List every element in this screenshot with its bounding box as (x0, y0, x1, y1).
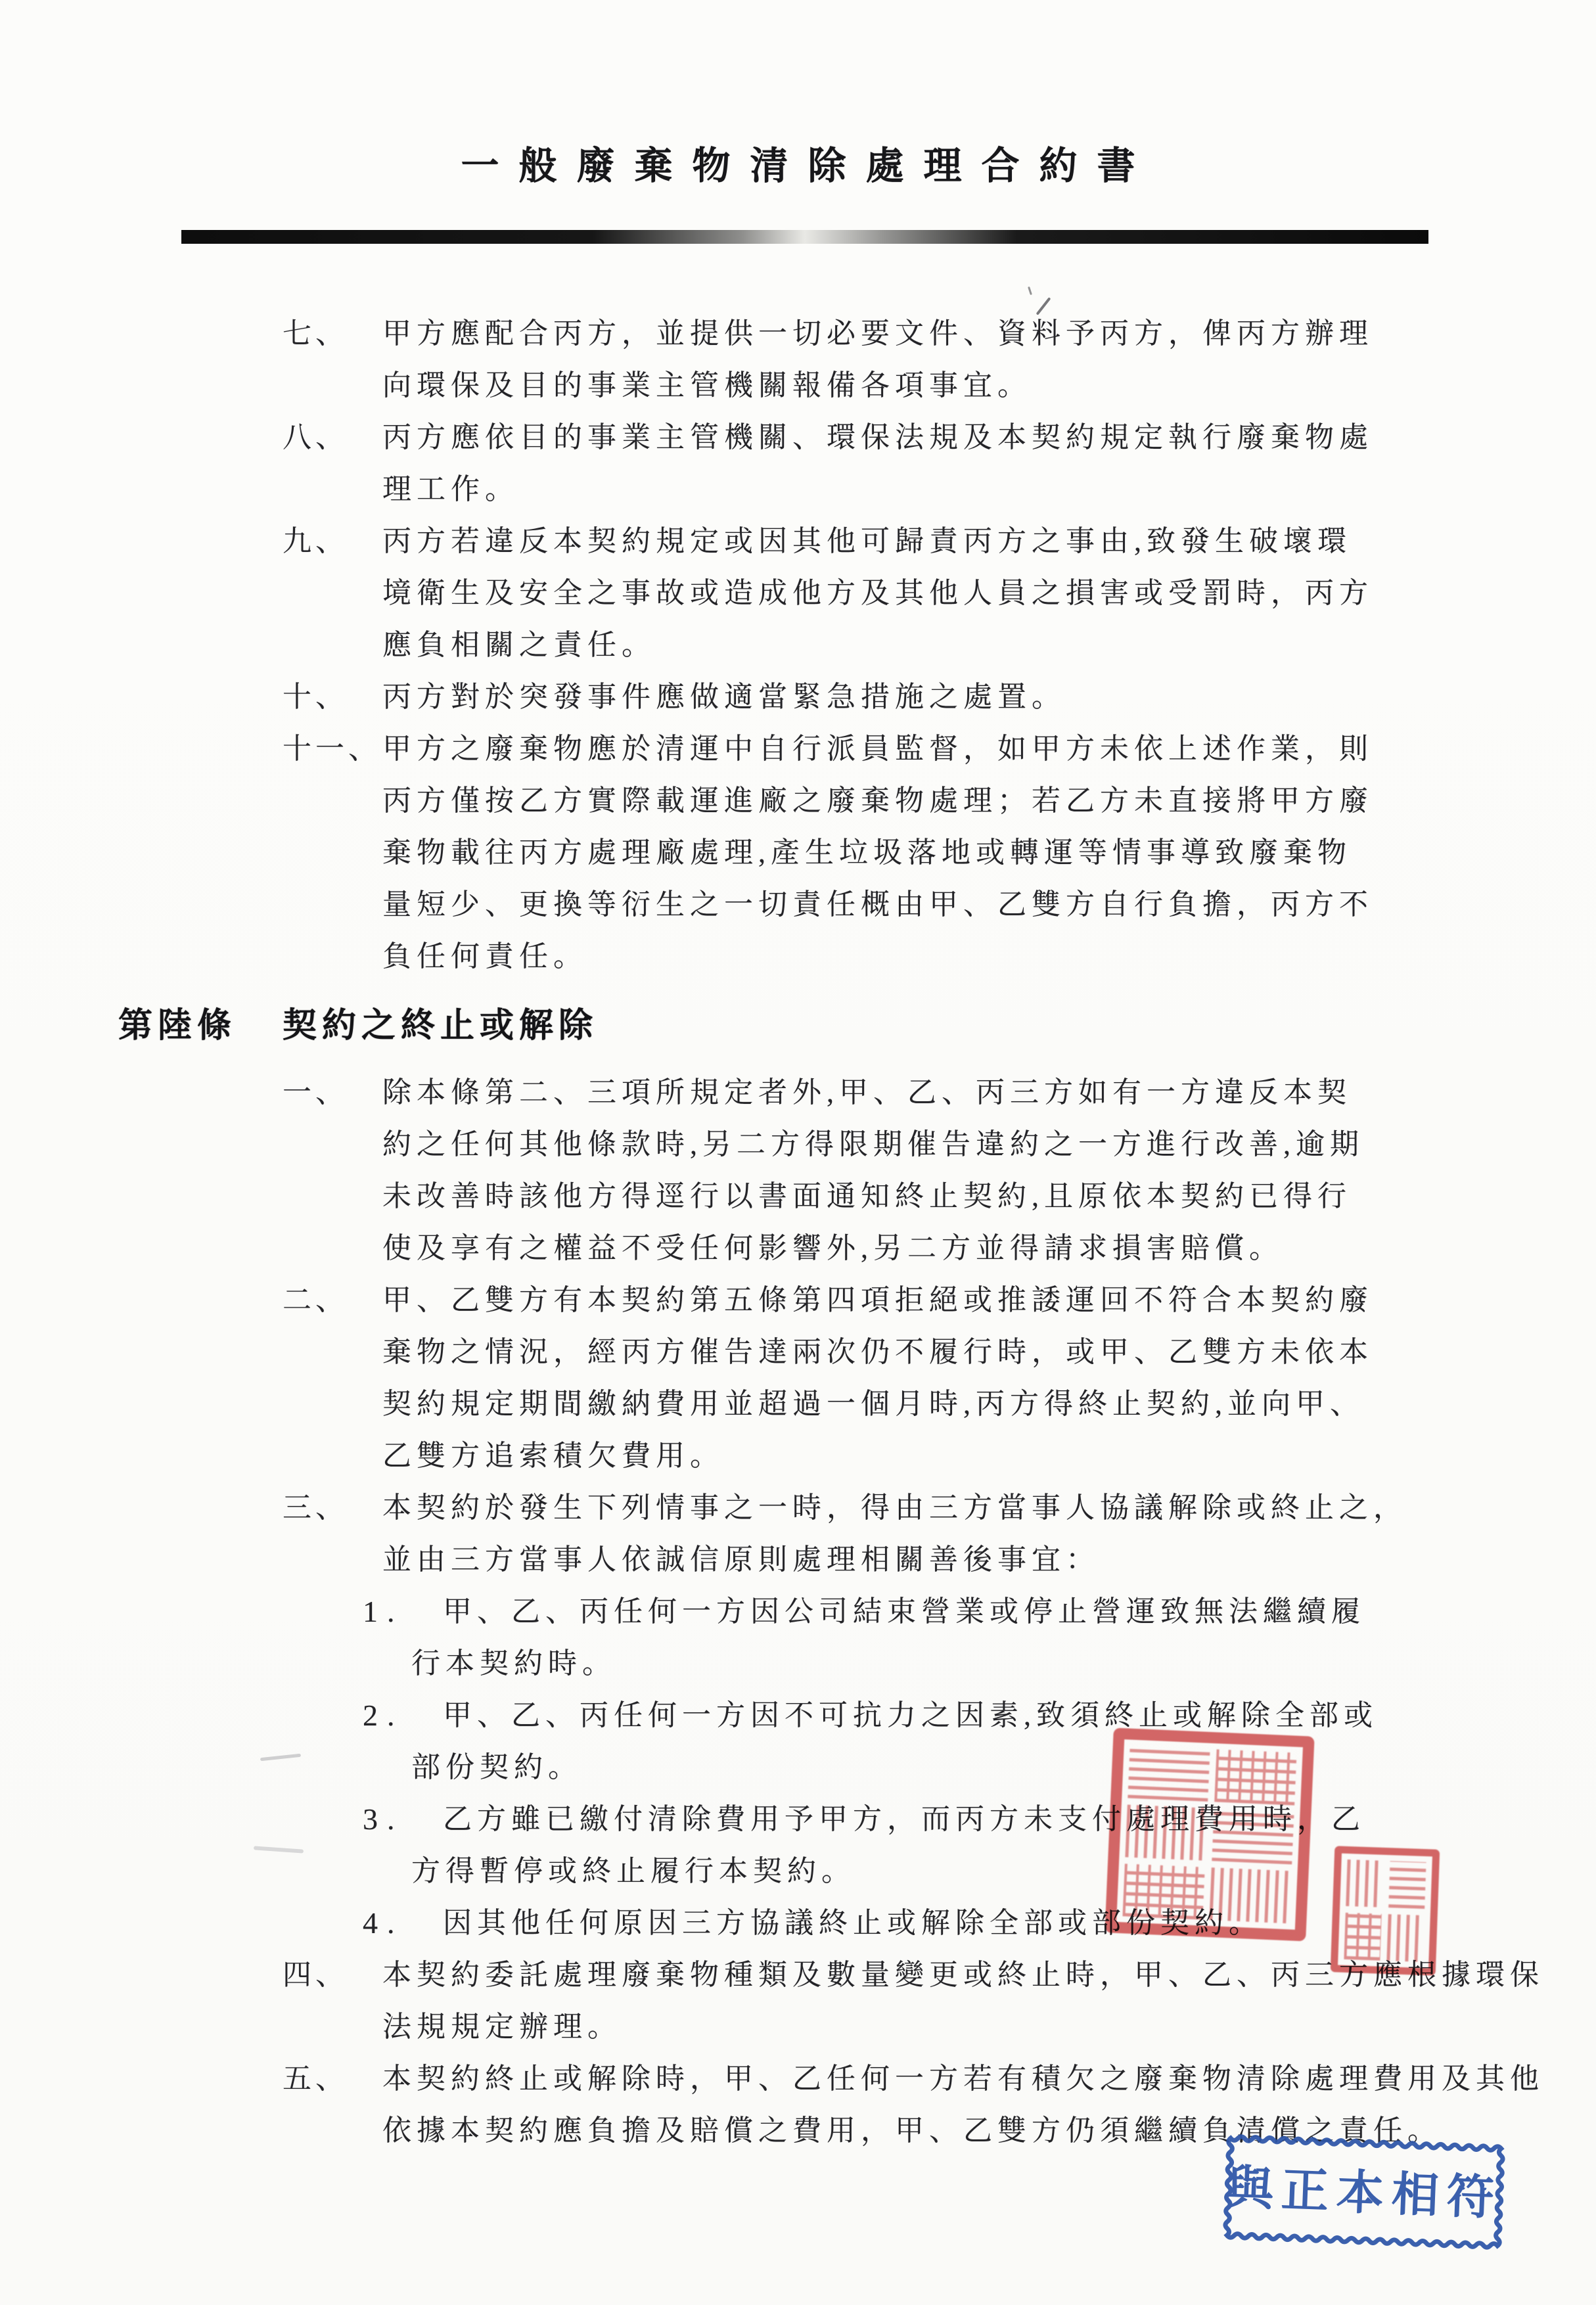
contract-line: 棄物之情況，經丙方催告達兩次仍不履行時，或甲、乙雙方未依本 (382, 1326, 1551, 1378)
clause-list-section: 一、除本條第二、三項所規定者外,甲、乙、丙三方如有一方違反本契約之任何其他條款時… (118, 1066, 1551, 2157)
contract-line: 部份契約。 (411, 1741, 1551, 1793)
clause-marker: 八、 (283, 411, 348, 463)
clause-marker: 三、 (283, 1482, 348, 1534)
contract-clause: 二、甲、乙雙方有本契約第五條第四項拒絕或推諉運回不符合本契約廢棄物之情況，經丙方… (283, 1274, 1551, 1482)
contract-line: 本契約終止或解除時，甲、乙任何一方若有積欠之廢棄物清除處理費用及其他 (382, 2053, 1551, 2105)
contract-clause: 一、除本條第二、三項所規定者外,甲、乙、丙三方如有一方違反本契約之任何其他條款時… (283, 1066, 1551, 1274)
contract-line: 負任何責任。 (382, 930, 1551, 982)
subclause-marker: 1. (363, 1586, 404, 1637)
contract-line: 丙方應依目的事業主管機關、環保法規及本契約規定執行廢棄物處 (382, 411, 1551, 463)
red-company-seal-large (1105, 1727, 1314, 1941)
contract-clause: 九、丙方若違反本契約規定或因其他可歸責丙方之事由,致發生破壞環境衛生及安全之事故… (283, 515, 1551, 671)
title-underline (181, 230, 1428, 244)
clause-list-top: 七、甲方應配合丙方，並提供一切必要文件、資料予丙方，俾丙方辦理向環保及目的事業主… (118, 308, 1551, 982)
red-company-seal-small (1331, 1846, 1440, 1975)
scanned-contract-page: 一般廢棄物清除處理合約書 七、甲方應配合丙方，並提供一切必要文件、資料予丙方，俾… (0, 0, 1596, 2305)
subclause-marker: 4. (363, 1897, 404, 1949)
contract-clause: 十、丙方對於突發事件應做適當緊急措施之處置。 (283, 671, 1551, 723)
contract-line: 境衛生及安全之事故或造成他方及其他人員之損害或受罰時，丙方 (382, 567, 1551, 619)
contract-line: 法規規定辦理。 (382, 2001, 1551, 2053)
contract-line: 未改善時該他方得逕行以書面通知終止契約,且原依本契約已得行 (382, 1170, 1551, 1222)
section-title: 契約之終止或解除 (283, 1007, 598, 1045)
contract-line: 甲方之廢棄物應於清運中自行派員監督，如甲方未依上述作業，則 (382, 723, 1551, 775)
subclause-marker: 2. (363, 1689, 404, 1741)
contract-subclause: 2.甲、乙、丙任何一方因不可抗力之因素,致須終止或解除全部或部份契約。 (363, 1689, 1551, 1793)
clause-marker: 十一、 (283, 723, 381, 775)
contract-line: 應負相關之責任。 (382, 619, 1551, 671)
contract-line: 約之任何其他條款時,另二方得限期催告違約之一方進行改善,逾期 (382, 1118, 1551, 1170)
contract-clause: 十一、甲方之廢棄物應於清運中自行派員監督，如甲方未依上述作業，則丙方僅按乙方實際… (283, 723, 1551, 982)
clause-marker: 九、 (283, 515, 348, 567)
contract-line: 甲、乙雙方有本契約第五條第四項拒絕或推諉運回不符合本契約廢 (382, 1274, 1551, 1326)
subclause-marker: 3. (363, 1793, 404, 1845)
contract-clause: 七、甲方應配合丙方，並提供一切必要文件、資料予丙方，俾丙方辦理向環保及目的事業主… (283, 308, 1551, 411)
clause-marker: 七、 (283, 308, 348, 359)
contract-line: 棄物載往丙方處理廠處理,產生垃圾落地或轉運等情事導致廢棄物 (382, 827, 1551, 879)
contract-line: 丙方僅按乙方實際載運進廠之廢棄物處理；若乙方未直接將甲方廢 (382, 775, 1551, 827)
contract-line: 除本條第二、三項所規定者外,甲、乙、丙三方如有一方違反本契 (382, 1066, 1551, 1118)
seal-script-pattern (1122, 1746, 1296, 1924)
contract-line: 契約規定期間繳納費用並超過一個月時,丙方得終止契約,並向甲、 (382, 1378, 1551, 1430)
section-header: 第陸條契約之終止或解除 (118, 997, 1551, 1056)
contract-line: 本契約於發生下列情事之一時，得由三方當事人協議解除或終止之， (382, 1482, 1551, 1534)
contract-line: 使及享有之權益不受任何影響外,另二方並得請求損害賠償。 (382, 1222, 1551, 1274)
ink-speck (1028, 286, 1032, 295)
clause-marker: 二、 (283, 1274, 348, 1326)
section-number: 第陸條 (118, 1007, 237, 1045)
contract-line: 理工作。 (382, 463, 1551, 515)
contract-line: 甲方應配合丙方，並提供一切必要文件、資料予丙方，俾丙方辦理 (382, 308, 1551, 359)
contract-clause: 八、丙方應依目的事業主管機關、環保法規及本契約規定執行廢棄物處理工作。 (283, 411, 1551, 515)
contract-line: 丙方若違反本契約規定或因其他可歸責丙方之事由,致發生破壞環 (382, 515, 1551, 567)
contract-line: 甲、乙、丙任何一方因不可抗力之因素,致須終止或解除全部或 (443, 1689, 1551, 1741)
contract-line: 丙方對於突發事件應做適當緊急措施之處置。 (382, 671, 1551, 723)
clause-marker: 四、 (283, 1949, 348, 2001)
contract-line: 乙雙方追索積欠費用。 (382, 1430, 1551, 1482)
certification-stamp-text: 與正本相符 (1225, 2162, 1503, 2225)
clause-marker: 五、 (283, 2053, 348, 2105)
page-title: 一般廢棄物清除處理合約書 (0, 135, 1596, 190)
certification-stamp: 與正本相符 (1219, 2130, 1509, 2254)
contract-line: 行本契約時。 (411, 1637, 1551, 1689)
contract-line: 甲、乙、丙任何一方因公司結束營業或停止營運致無法繼續履 (443, 1586, 1551, 1637)
contract-line: 向環保及目的事業主管機關報備各項事宜。 (382, 359, 1551, 411)
contract-line: 量短少、更換等衍生之一切責任概由甲、乙雙方自行負擔，丙方不 (382, 879, 1551, 930)
contract-subclause: 1.甲、乙、丙任何一方因公司結束營業或停止營運致無法繼續履行本契約時。 (363, 1586, 1551, 1689)
clause-marker: 十、 (283, 671, 348, 723)
clause-marker: 一、 (283, 1066, 348, 1118)
contract-line: 乙方雖已繳付清除費用予甲方，而丙方未支付處理費用時，乙 (443, 1793, 1551, 1845)
seal-script-pattern (1344, 1860, 1426, 1962)
contract-line: 並由三方當事人依誠信原則處理相關善後事宜： (382, 1534, 1551, 1586)
